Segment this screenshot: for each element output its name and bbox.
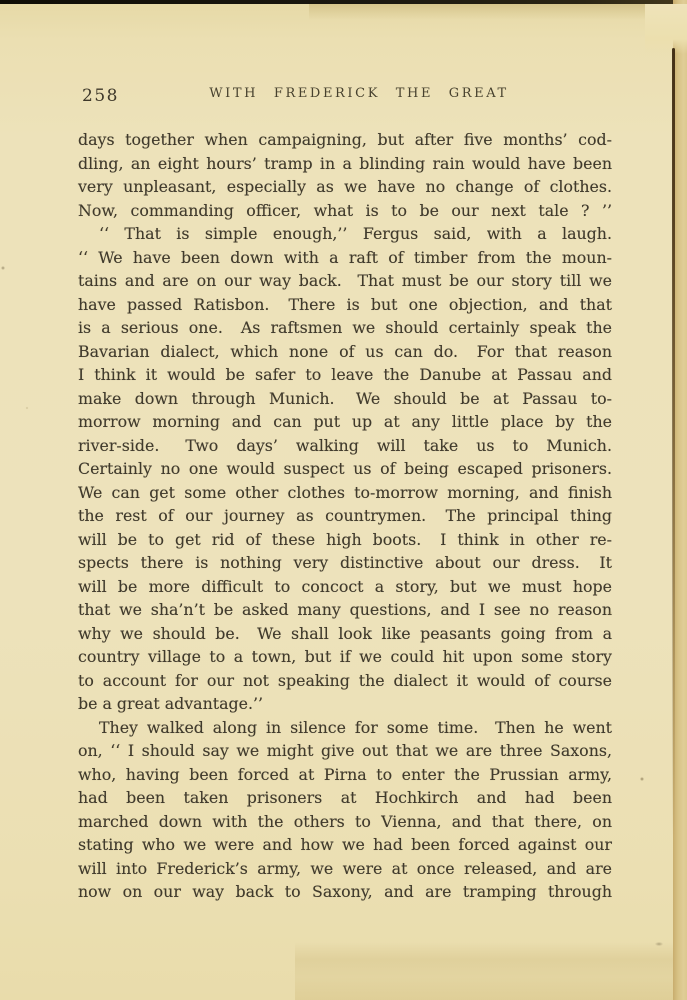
text-line: who, having been forced at Pirna to ente… <box>78 763 612 787</box>
text-line: marched down with the others to Vienna, … <box>78 810 612 834</box>
text-block: days together when campaigning, but afte… <box>78 128 612 904</box>
paragraph: days together when campaigning, but afte… <box>78 128 612 222</box>
text-line: to account for our not speaking the dial… <box>78 669 612 693</box>
text-line: have passed Ratisbon. There is but one o… <box>78 293 612 317</box>
text-line: had been taken prisoners at Hochkirch an… <box>78 786 612 810</box>
text-line: the rest of our journey as countrymen. T… <box>78 504 612 528</box>
text-line: make down through Munich. We should be a… <box>78 387 612 411</box>
paragraph: They walked along in silence for some ti… <box>78 716 612 904</box>
text-line: river-side. Two days’ walking will take … <box>78 434 612 458</box>
text-line: ‘‘ We have been down with a raft of timb… <box>78 246 612 270</box>
text-line: dling, an eight hours’ tramp in a blindi… <box>78 152 612 176</box>
text-line: is a serious one. As raftsmen we should … <box>78 316 612 340</box>
text-line: why we should be. We shall look like pea… <box>78 622 612 646</box>
page-header: 258 WITH FREDERICK THE GREAT <box>78 86 612 106</box>
scanned-book-page: 258 WITH FREDERICK THE GREAT days togeth… <box>0 0 687 1000</box>
running-head: WITH FREDERICK THE GREAT <box>78 86 612 101</box>
text-line: will into Frederick’s army, we were at o… <box>78 857 612 881</box>
text-line: on, ‘‘ I should say we might give out th… <box>78 739 612 763</box>
text-line: be a great advantage.’’ <box>78 692 612 716</box>
text-line: stating who we were and how we had been … <box>78 833 612 857</box>
text-line: will be to get rid of these high boots. … <box>78 528 612 552</box>
text-line: morrow morning and can put up at any lit… <box>78 410 612 434</box>
text-line: that we sha’n’t be asked many questions,… <box>78 598 612 622</box>
text-line: tains and are on our way back. That must… <box>78 269 612 293</box>
text-line: They walked along in silence for some ti… <box>78 716 612 740</box>
text-line: days together when campaigning, but afte… <box>78 128 612 152</box>
book-page: 258 WITH FREDERICK THE GREAT days togeth… <box>0 0 687 1000</box>
text-line: country village to a town, but if we cou… <box>78 645 612 669</box>
text-line: Bavarian dialect, which none of us can d… <box>78 340 612 364</box>
text-line: ‘‘ That is simple enough,’’ Fergus said,… <box>78 222 612 246</box>
text-line: We can get some other clothes to-morrow … <box>78 481 612 505</box>
text-line: Certainly no one would suspect us of bei… <box>78 457 612 481</box>
text-line: I think it would be safer to leave the D… <box>78 363 612 387</box>
paragraph: ‘‘ That is simple enough,’’ Fergus said,… <box>78 222 612 716</box>
text-line: spects there is nothing very distinctive… <box>78 551 612 575</box>
text-line: very unpleasant, especially as we have n… <box>78 175 612 199</box>
text-line: will be more difficult to concoct a stor… <box>78 575 612 599</box>
page-number: 258 <box>82 86 119 106</box>
text-line: now on our way back to Saxony, and are t… <box>78 880 612 904</box>
text-line: Now, commanding officer, what is to be o… <box>78 199 612 223</box>
